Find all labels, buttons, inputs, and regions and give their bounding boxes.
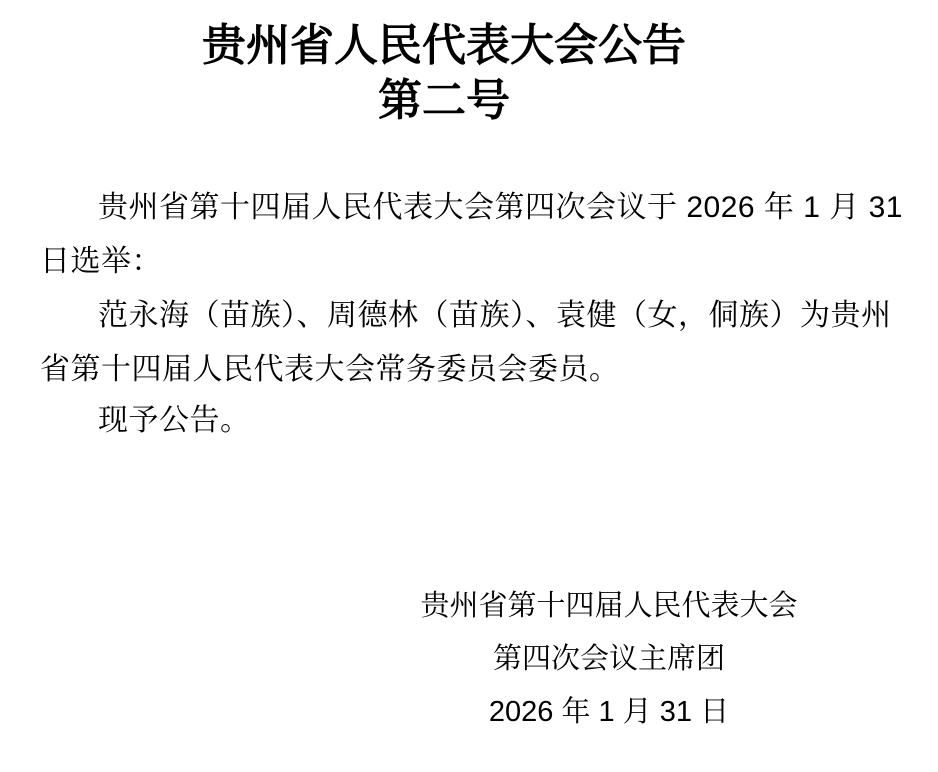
body-paragraph1-line1: 贵州省第十四届人民代表大会第四次会议于 2026 年 1 月 31 [98,181,903,235]
signature-block: 贵州省第十四届人民代表大会 第四次会议主席团 2026 年 1 月 31 日 [420,580,798,739]
document-number: 第二号 [40,75,848,127]
signature-organization: 贵州省第十四届人民代表大会 [420,580,798,633]
document-title: 贵州省人民代表大会公告 [40,20,848,72]
document-page: 贵州省人民代表大会公告 第二号 贵州省第十四届人民代表大会第四次会议于 2026… [0,0,938,772]
signature-session: 第四次会议主席团 [420,633,798,686]
body-paragraph2-line1: 范永海（苗族）、周德林（苗族）、袁健（女，侗族）为贵州 [98,289,892,343]
body-paragraph3: 现予公告。 [98,394,251,448]
signature-date: 2026 年 1 月 31 日 [420,686,798,739]
body-paragraph2-line2: 省第十四届人民代表大会常务委员会委员。 [40,343,620,397]
body-paragraph1-line2: 日选举： [40,235,162,289]
